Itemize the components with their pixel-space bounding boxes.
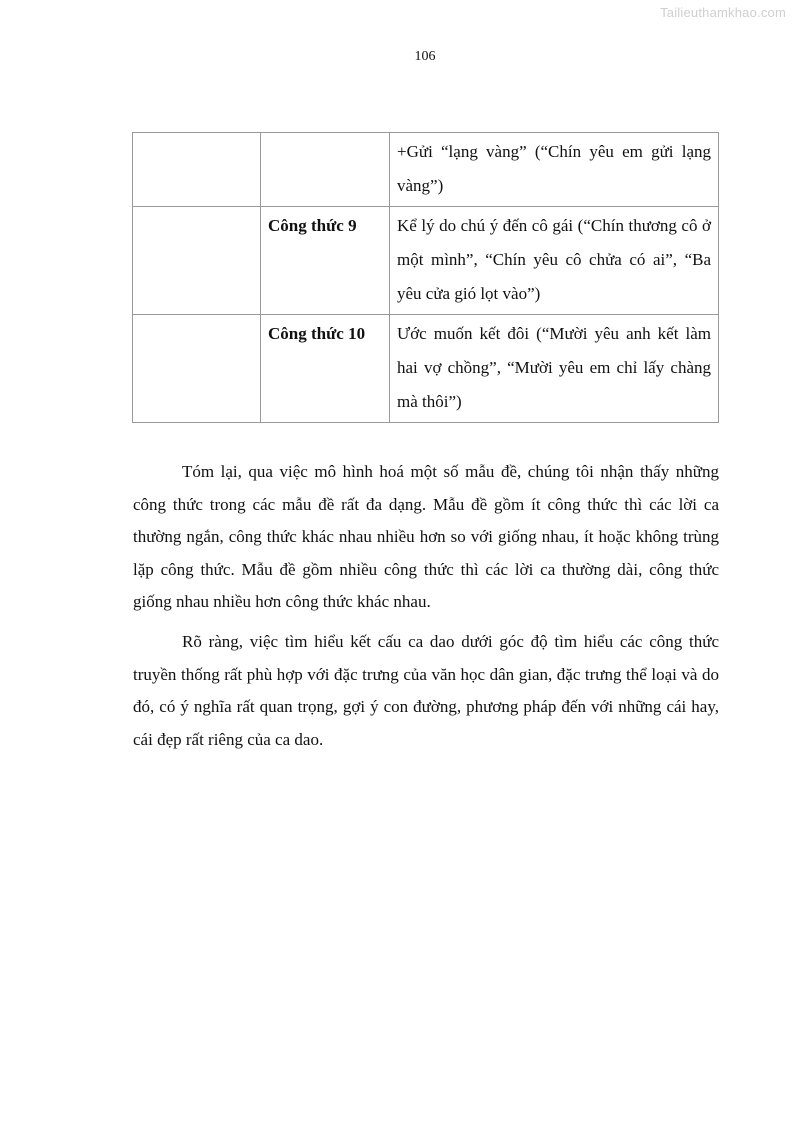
table-cell-formula: Công thức 9 bbox=[261, 207, 390, 315]
table-cell-category bbox=[133, 207, 261, 315]
table-cell-description: Kể lý do chú ý đến cô gái (“Chín thương … bbox=[390, 207, 719, 315]
table-cell-description: +Gửi “lạng vàng” (“Chín yêu em gửi lạng … bbox=[390, 133, 719, 207]
body-paragraph-summary: Tóm lại, qua việc mô hình hoá một số mẫu… bbox=[133, 456, 719, 619]
table-row: Công thức 9 Kể lý do chú ý đến cô gái (“… bbox=[133, 207, 719, 315]
page-number: 106 bbox=[0, 49, 794, 65]
table-cell-formula bbox=[261, 133, 390, 207]
table-cell-category bbox=[133, 315, 261, 423]
table-cell-formula: Công thức 10 bbox=[261, 315, 390, 423]
formula-table: +Gửi “lạng vàng” (“Chín yêu em gửi lạng … bbox=[132, 132, 719, 423]
table-cell-category bbox=[133, 133, 261, 207]
table-cell-description: Ước muốn kết đôi (“Mười yêu anh kết làm … bbox=[390, 315, 719, 423]
table-row: Công thức 10 Ước muốn kết đôi (“Mười yêu… bbox=[133, 315, 719, 423]
body-paragraph-conclusion: Rõ ràng, việc tìm hiểu kết cấu ca dao dư… bbox=[133, 626, 719, 756]
table-row: +Gửi “lạng vàng” (“Chín yêu em gửi lạng … bbox=[133, 133, 719, 207]
watermark: Tailieuthamkhao.com bbox=[660, 5, 786, 20]
